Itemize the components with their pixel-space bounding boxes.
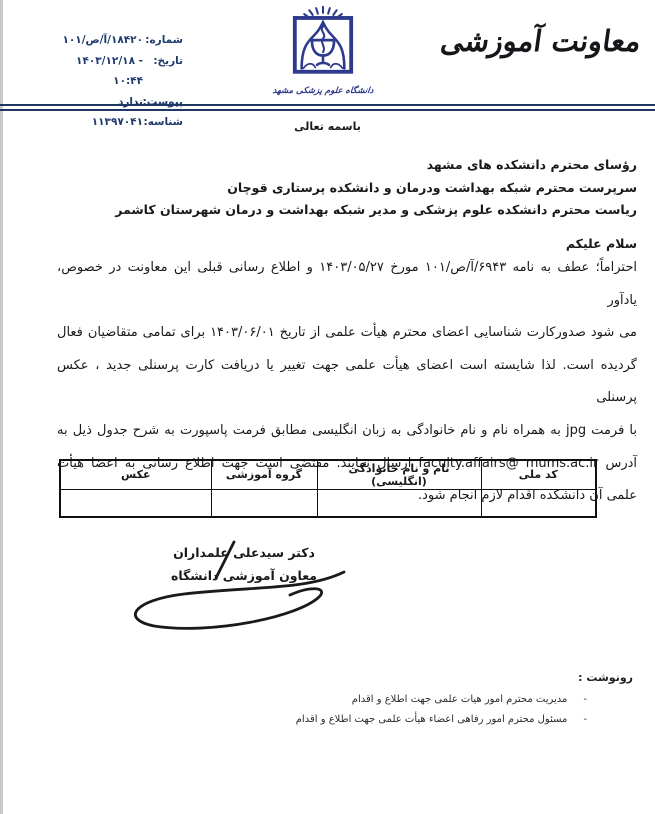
university-logo: دانشگاه علوم پزشکی مشهد <box>269 6 377 96</box>
table-cell-empty <box>317 489 481 517</box>
cc-label: رونوشت : <box>578 671 633 684</box>
addressee-block: رؤسای محترم دانشکده های مشهد سرپرست محتر… <box>40 154 637 222</box>
cc-item: - مسئول محترم امور رفاهی اعضاء هیأت علمی… <box>296 710 587 730</box>
meta-label-date: تاریخ: <box>143 51 183 72</box>
meta-value-date: ۱۴۰۳/۱۲/۱۸ - ۱۰:۴۴ <box>48 51 143 92</box>
table-cell-empty <box>481 489 596 517</box>
header-divider <box>0 104 655 111</box>
col-header-english-name: نام و نام خانوادگی (انگلیسی) <box>317 460 481 489</box>
addressee-line: سرپرست محترم شبکه بهداشت ودرمان و دانشکد… <box>40 177 637 200</box>
cc-dash: - <box>583 690 587 710</box>
addressee-line: رؤسای محترم دانشکده های مشهد <box>40 154 637 177</box>
col-header-national-id: کد ملی <box>481 460 596 489</box>
table-cell-empty <box>60 489 211 517</box>
cc-list: - مدیریت محترم امور هیات علمی جهت اطلاع … <box>296 690 587 729</box>
body-line: احتراماً؛ عطف به نامه ۶۹۴۳/آ/ص/۱۰۱ مورخ … <box>57 252 637 317</box>
table-cell-empty <box>211 489 317 517</box>
letter-meta-block: شماره: ۱۸۴۲۰/آ/ص/۱۰۱ تاریخ: ۱۴۰۳/۱۲/۱۸ -… <box>48 30 183 133</box>
letter-page: شماره: ۱۸۴۲۰/آ/ص/۱۰۱ تاریخ: ۱۴۰۳/۱۲/۱۸ -… <box>0 0 655 814</box>
deputy-title-calligraphy: معاونت آموزشی <box>443 24 644 58</box>
meta-value-number: ۱۸۴۲۰/آ/ص/۱۰۱ <box>48 30 143 51</box>
university-emblem-icon <box>280 6 366 88</box>
addressee-line: ریاست محترم دانشکده علوم پزشکی و مدیر شب… <box>40 199 637 222</box>
cc-dash: - <box>583 710 587 730</box>
basmala-text: باسمه تعالی <box>0 120 655 133</box>
handwritten-signature-icon <box>112 536 357 641</box>
cc-item-text: مدیریت محترم امور هیات علمی جهت اطلاع و … <box>352 690 568 710</box>
cc-item-text: مسئول محترم امور رفاهی اعضاء هیأت علمی ج… <box>296 710 568 730</box>
col-header-photo: عکس <box>60 460 211 489</box>
table-header-row: کد ملی نام و نام خانوادگی (انگلیسی) گروه… <box>60 460 596 489</box>
col-header-department: گروه آموزشی <box>211 460 317 489</box>
university-name-calligraphy: دانشگاه علوم پزشکی مشهد <box>268 86 377 96</box>
body-line: می شود صدورکارت شناسایی اعضای محترم هیأت… <box>57 317 637 350</box>
meta-row-number: شماره: ۱۸۴۲۰/آ/ص/۱۰۱ <box>48 30 183 51</box>
faculty-info-table: کد ملی نام و نام خانوادگی (انگلیسی) گروه… <box>59 459 597 518</box>
meta-label-number: شماره: <box>143 30 183 51</box>
salutation-text: سلام علیکم <box>566 236 637 251</box>
table-empty-row <box>60 489 596 517</box>
body-line: گردیده است. لذا شایسته است اعضای هیأت عل… <box>57 350 637 415</box>
cc-item: - مدیریت محترم امور هیات علمی جهت اطلاع … <box>296 690 587 710</box>
body-line: با فرمت jpg به همراه نام و نام خانوادگی … <box>57 415 637 448</box>
meta-row-date: تاریخ: ۱۴۰۳/۱۲/۱۸ - ۱۰:۴۴ <box>48 51 183 92</box>
